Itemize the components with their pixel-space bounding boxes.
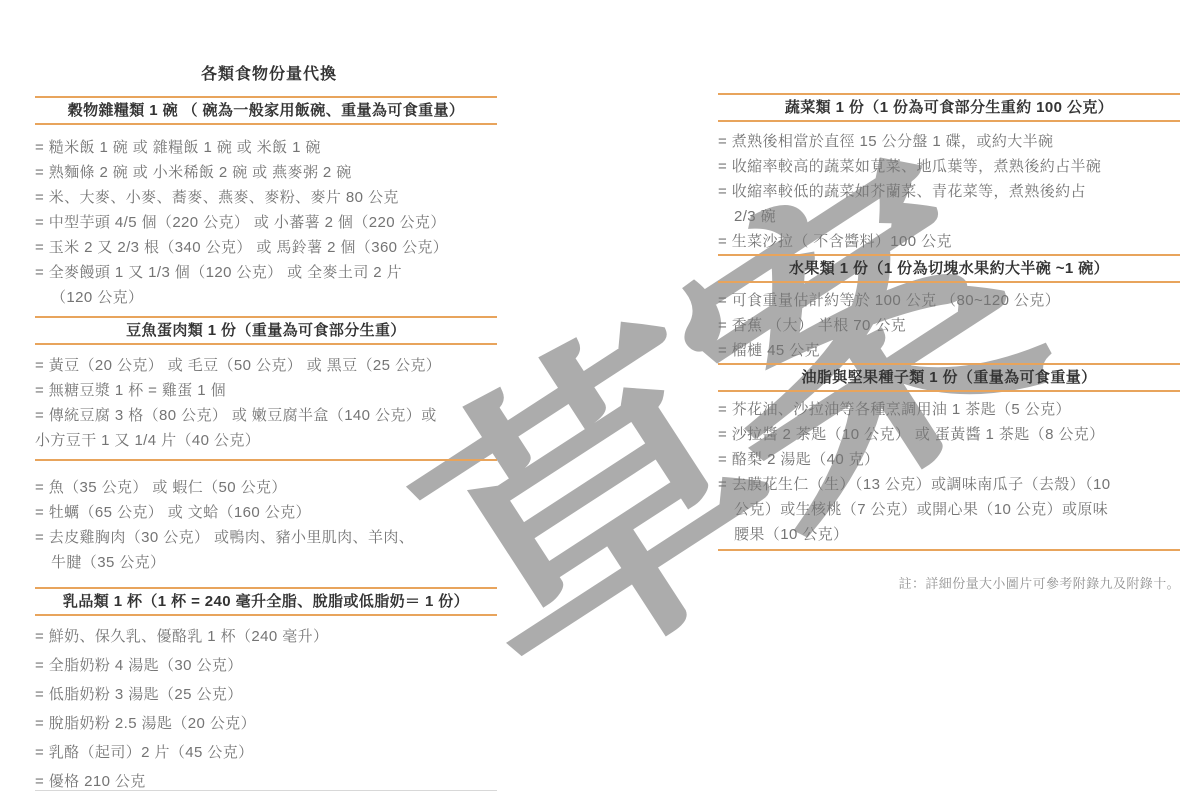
exchange-line: = 全脂奶粉 4 湯匙（30 公克） (35, 651, 497, 680)
food-category-section: 水果類 1 份（1 份為切塊水果約大半碗 ~1 碗）= 可食重量估計約等於 10… (718, 254, 1180, 363)
exchange-line: = 收縮率較低的蔬菜如芥蘭菜、青花菜等，煮熟後約占 (718, 179, 1180, 204)
exchange-line: = 玉米 2 又 2/3 根（340 公克） 或 馬鈴薯 2 個（360 公克） (35, 235, 497, 260)
section-closing-rule (718, 549, 1180, 551)
right-column: 蔬菜類 1 份（1 份為可食部分生重約 100 公克）= 煮熟後相當於直徑 15… (718, 93, 1180, 592)
exchange-line: = 牡蠣（65 公克） 或 文蛤（160 公克） (35, 500, 497, 525)
page-cut-line (35, 790, 497, 791)
food-category-section: 乳品類 1 杯（1 杯 = 240 毫升全脂、脫脂或低脂奶＝ 1 份）= 鮮奶、… (35, 587, 497, 793)
exchange-line: = 傳統豆腐 3 格（80 公克） 或 嫩豆腐半盒（140 公克）或 (35, 403, 497, 428)
exchange-line: （120 公克） (35, 285, 497, 310)
exchange-block: = 可食重量估計約等於 100 公克 （80~120 公克）= 香蕉 （大） 半… (718, 283, 1180, 363)
page-title: 各類食物份量代換 (201, 61, 337, 84)
food-category-section: 油脂與堅果種子類 1 份（重量為可食重量）= 芥花油、沙拉油等各種烹調用油 1 … (718, 363, 1180, 551)
exchange-line: = 低脂奶粉 3 湯匙（25 公克） (35, 680, 497, 709)
exchange-line: = 去膜花生仁（生）（13 公克）或調味南瓜子（去殼）（10 (718, 472, 1180, 497)
exchange-block: = 黃豆（20 公克） 或 毛豆（50 公克） 或 黑豆（25 公克）= 無糖豆… (35, 345, 497, 453)
exchange-block: = 糙米飯 1 碗 或 雜糧飯 1 碗 或 米飯 1 碗= 熟麵條 2 碗 或 … (35, 125, 497, 316)
exchange-line: = 可食重量估計約等於 100 公克 （80~120 公克） (718, 288, 1180, 313)
section-title: 水果類 1 份（1 份為切塊水果約大半碗 ~1 碗） (718, 256, 1180, 281)
exchange-line: = 酪梨 2 湯匙（40 克） (718, 447, 1180, 472)
exchange-line: = 全麥饅頭 1 又 1/3 個（120 公克） 或 全麥土司 2 片 (35, 260, 497, 285)
section-divider (35, 459, 497, 461)
exchange-line: = 生菜沙拉（ 不含醬料）100 公克 (718, 229, 1180, 254)
exchange-line: = 脫脂奶粉 2.5 湯匙（20 公克） (35, 709, 497, 738)
exchange-line: 小方豆干 1 又 1/4 片（40 公克） (35, 428, 497, 453)
exchange-block: = 鮮奶、保久乳、優酪乳 1 杯（240 毫升）= 全脂奶粉 4 湯匙（30 公… (35, 616, 497, 793)
section-title: 油脂與堅果種子類 1 份（重量為可食重量） (718, 365, 1180, 390)
exchange-line: = 米、大麥、小麥、蕎麥、燕麥、麥粉、麥片 80 公克 (35, 185, 497, 210)
exchange-line: = 榴槤 45 公克 (718, 338, 1180, 363)
section-title: 乳品類 1 杯（1 杯 = 240 毫升全脂、脫脂或低脂奶＝ 1 份） (35, 589, 497, 614)
exchange-line: = 糙米飯 1 碗 或 雜糧飯 1 碗 或 米飯 1 碗 (35, 135, 497, 160)
exchange-line: = 魚（35 公克） 或 蝦仁（50 公克） (35, 475, 497, 500)
exchange-line: = 去皮雞胸肉（30 公克） 或鴨肉、豬小里肌肉、羊肉、 (35, 525, 497, 550)
exchange-line: = 收縮率較高的蔬菜如莧菜、地瓜葉等，煮熟後約占半碗 (718, 154, 1180, 179)
left-column: 穀物雜糧類 1 碗 （ 碗為一般家用飯碗、重量為可食重量）= 糙米飯 1 碗 或… (35, 96, 497, 793)
exchange-block: = 煮熟後相當於直徑 15 公分盤 1 碟，或約大半碗= 收縮率較高的蔬菜如莧菜… (718, 122, 1180, 254)
exchange-line: = 煮熟後相當於直徑 15 公分盤 1 碟，或約大半碗 (718, 129, 1180, 154)
exchange-line: = 芥花油、沙拉油等各種烹調用油 1 茶匙（5 公克） (718, 397, 1180, 422)
exchange-line: = 乳酪（起司）2 片（45 公克） (35, 738, 497, 767)
exchange-line: = 熟麵條 2 碗 或 小米稀飯 2 碗 或 燕麥粥 2 碗 (35, 160, 497, 185)
exchange-line: = 黃豆（20 公克） 或 毛豆（50 公克） 或 黑豆（25 公克） (35, 353, 497, 378)
section-title: 蔬菜類 1 份（1 份為可食部分生重約 100 公克） (718, 95, 1180, 120)
exchange-block: = 魚（35 公克） 或 蝦仁（50 公克）= 牡蠣（65 公克） 或 文蛤（1… (35, 475, 497, 587)
food-category-section: 穀物雜糧類 1 碗 （ 碗為一般家用飯碗、重量為可食重量）= 糙米飯 1 碗 或… (35, 96, 497, 316)
exchange-line: = 香蕉 （大） 半根 70 公克 (718, 313, 1180, 338)
exchange-line: 2/3 碗 (718, 204, 1180, 229)
exchange-line: = 沙拉醬 2 茶匙（10 公克） 或 蛋黃醬 1 茶匙（8 公克） (718, 422, 1180, 447)
exchange-line: 牛腱（35 公克） (35, 550, 497, 575)
exchange-line: 腰果（10 公克） (718, 522, 1180, 547)
exchange-line: = 鮮奶、保久乳、優酪乳 1 杯（240 毫升） (35, 622, 497, 651)
section-title: 穀物雜糧類 1 碗 （ 碗為一般家用飯碗、重量為可食重量） (35, 98, 497, 123)
food-category-section: 豆魚蛋肉類 1 份（重量為可食部分生重）= 黃豆（20 公克） 或 毛豆（50 … (35, 316, 497, 587)
exchange-line: = 中型芋頭 4/5 個（220 公克） 或 小蕃薯 2 個（220 公克） (35, 210, 497, 235)
appendix-note: 註：詳細份量大小圖片可參考附錄九及附錄十。 (718, 573, 1180, 592)
left-sections: 穀物雜糧類 1 碗 （ 碗為一般家用飯碗、重量為可食重量）= 糙米飯 1 碗 或… (35, 96, 497, 793)
exchange-block: = 芥花油、沙拉油等各種烹調用油 1 茶匙（5 公克）= 沙拉醬 2 茶匙（10… (718, 392, 1180, 547)
right-sections: 蔬菜類 1 份（1 份為可食部分生重約 100 公克）= 煮熟後相當於直徑 15… (718, 93, 1180, 551)
exchange-line: 公克）或生核桃（7 公克）或開心果（10 公克）或原味 (718, 497, 1180, 522)
food-category-section: 蔬菜類 1 份（1 份為可食部分生重約 100 公克）= 煮熟後相當於直徑 15… (718, 93, 1180, 254)
exchange-line: = 無糖豆漿 1 杯 = 雞蛋 1 個 (35, 378, 497, 403)
section-title: 豆魚蛋肉類 1 份（重量為可食部分生重） (35, 318, 497, 343)
